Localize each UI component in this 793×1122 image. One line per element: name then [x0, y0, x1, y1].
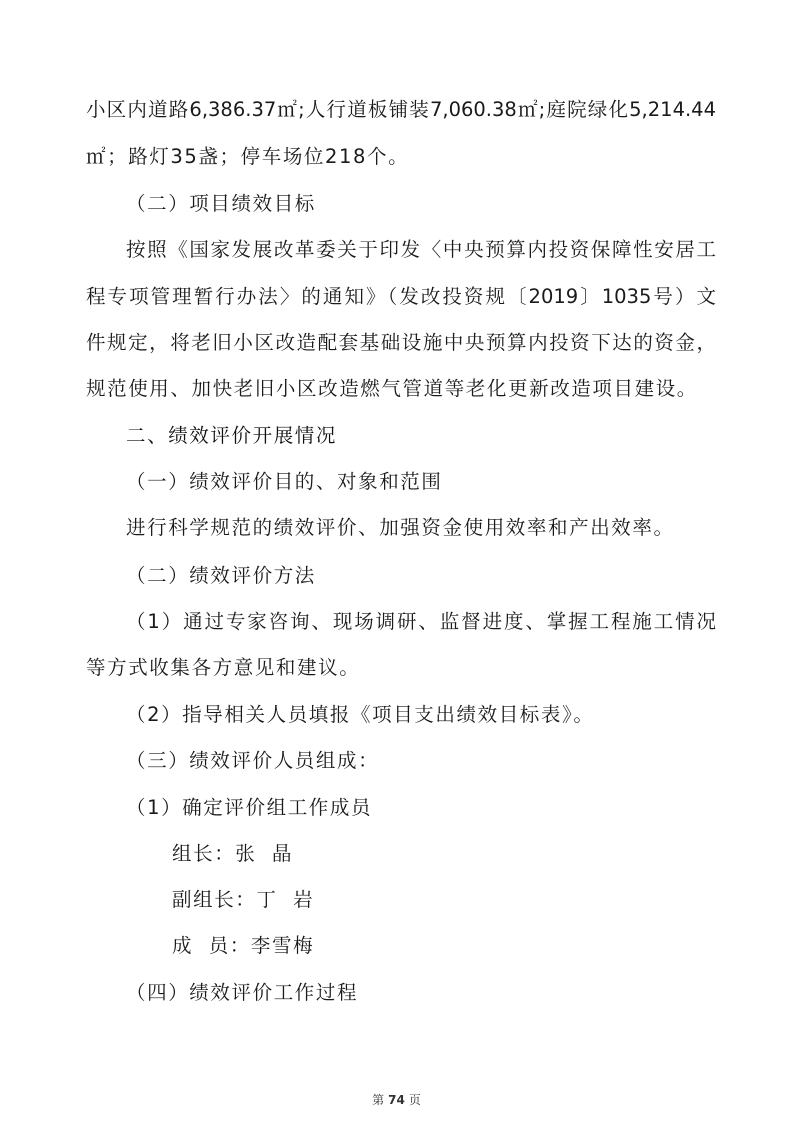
paragraph-line: ㎡；路灯35盏；停车场位218个。 — [86, 145, 409, 169]
team-leader: 组长：张 晶 — [172, 842, 293, 866]
document-page: 小区内道路6,386.37㎡;人行道板铺装7,060.38㎡;庭院绿化5,214… — [0, 0, 793, 1122]
chapter-heading: 二、绩效评价开展情况 — [126, 424, 337, 448]
paragraph-line: 规范使用、加快老旧小区改造燃气管道等老化更新改造项目建设。 — [86, 377, 698, 401]
paragraph-line: 按照《国家发展改革委关于印发〈中央预算内投资保障性安居工 — [126, 238, 716, 262]
section-heading: （三）绩效评价人员组成： — [126, 749, 379, 773]
paragraph-line: 件规定，将老旧小区改造配套基础设施中央预算内投资下达的资金， — [86, 331, 716, 355]
page-footer: 第74页 — [0, 1091, 793, 1108]
page-suffix: 页 — [409, 1093, 421, 1107]
section-heading: （二）项目绩效目标 — [126, 192, 316, 216]
section-heading: （二）绩效评价方法 — [126, 564, 316, 588]
paragraph-line: （1）确定评价组工作成员 — [126, 796, 372, 820]
section-heading: （一）绩效评价目的、对象和范围 — [126, 470, 443, 494]
team-member: 成 员：李雪梅 — [172, 934, 314, 958]
page-number: 74 — [388, 1093, 405, 1107]
paragraph-line: 等方式收集各方意见和建议。 — [86, 656, 360, 680]
paragraph-line: （1）通过专家咨询、现场调研、监督进度、掌握工程施工情况 — [126, 610, 716, 634]
page-prefix: 第 — [372, 1093, 384, 1107]
paragraph-line: 程专项管理暂行办法〉的通知》（发改投资规〔2019〕1035号）文 — [86, 285, 716, 309]
paragraph-line: 小区内道路6,386.37㎡;人行道板铺装7,060.38㎡;庭院绿化5,214… — [86, 98, 716, 122]
paragraph-line: （2）指导相关人员填报《项目支出绩效目标表》。 — [126, 703, 594, 727]
deputy-team-leader: 副组长：丁 岩 — [172, 888, 314, 912]
section-heading: （四）绩效评价工作过程 — [126, 981, 358, 1005]
paragraph-line: 进行科学规范的绩效评价、加强资金使用效率和产出效率。 — [126, 516, 675, 540]
